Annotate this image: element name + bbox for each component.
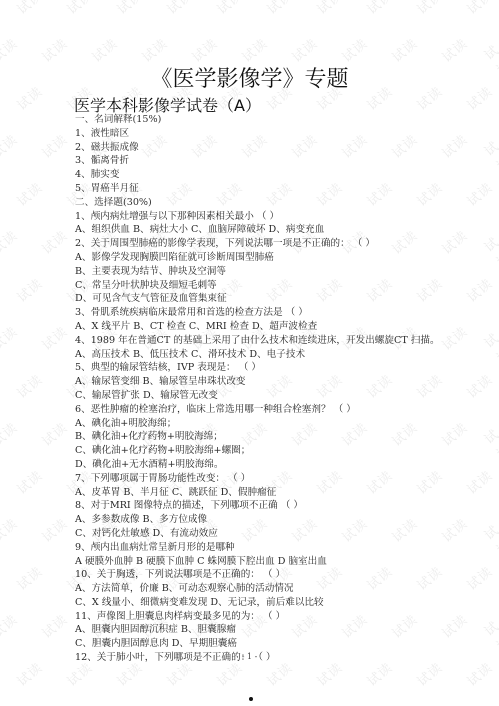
question-line: 9、颅内出血病灶常呈新月形的是哪种 — [75, 541, 475, 555]
section-heading: 一、名词解释(15%) — [75, 113, 475, 127]
option-line: D、碘化油+无水酒精+明胶海绵。 — [75, 458, 475, 472]
option-line: C、胆囊内胆固醇息肉 D、早期胆囊癌 — [75, 637, 475, 651]
question-line: 3、骨肌系统疾病临床最常用和首选的检查方法是 （ ） — [75, 306, 475, 320]
text-line: 4、肺实变 — [75, 168, 475, 182]
question-line: 8、对于MRI 图像特点的描述，下列哪项不正确 （ ） — [75, 499, 475, 513]
question-line: 4、1989 年在普通CT 的基础上采用了由什么技术和连续进床，开发出螺旋CT … — [75, 334, 475, 348]
option-line: D、可见含气支气管征及血管集束征 — [75, 292, 475, 306]
section-heading: 二、选择题(30%) — [75, 196, 475, 210]
text-line: 2、磁共振成像 — [75, 141, 475, 155]
question-line: 10、关于胸透，下列说法哪项是不正确的： （ ） — [75, 568, 475, 582]
question-line: 5、典型的输尿管结核，IVP 表现是： （ ） — [75, 361, 475, 375]
document-title: 《医学影像学》专题 — [0, 62, 499, 93]
text-line: 5、胃癌半月征 — [75, 182, 475, 196]
option-line: A、碘化油+明胶海绵； — [75, 417, 475, 431]
option-line: A、影像学发现胸膜凹陷征就可诊断周围型肺癌 — [75, 251, 475, 265]
option-line: A、组织供血 B、病灶大小 C、血脑屏障破坏 D、病变充血 — [75, 223, 475, 237]
text-line: 3、骺离骨折 — [75, 154, 475, 168]
option-line: C、碘化油+化疗药物+明胶海绵+螺圈； — [75, 444, 475, 458]
option-line: A、皮革胃 B、半月征 C、跳跃征 D、假肿瘤征 — [75, 486, 475, 500]
question-line: 11、声像图上胆囊息肉样病变最多见的为： （ ） — [75, 610, 475, 624]
question-line: 1、颅内病灶增强与以下那种因素相关最小 （ ） — [75, 210, 475, 224]
option-line: B、主要表现为结节、肿块及空洞等 — [75, 265, 475, 279]
question-line: 2、关于周围型肺癌的影像学表现，下列说法哪一项是不正确的： （ ） — [75, 237, 475, 251]
text-line: 1、液性暗区 — [75, 127, 475, 141]
page-number: - 1 - — [0, 652, 499, 661]
question-line: 6、恶性肿瘤的栓塞治疗，临床上常选用哪一种组合栓塞剂？ （ ） — [75, 403, 475, 417]
option-line: A、输尿管变细 B、输尿管呈串珠状改变 — [75, 375, 475, 389]
option-line: A、多参数成像 B、多方位成像 — [75, 513, 475, 527]
option-line: A、方法简单，价廉 B、可动态观察心肺的活动情况 — [75, 582, 475, 596]
option-line: C、对钙化灶敏感 D、有流动效应 — [75, 527, 475, 541]
option-line: A、胆囊内胆固醇沉积症 B、胆囊腺瘤 — [75, 623, 475, 637]
question-line: 7、下列哪项属于胃肠功能性改变： （ ） — [75, 472, 475, 486]
document-page: 《医学影像学》专题 医学本科影像学试卷（A） 一、名词解释(15%) 1、液性暗… — [0, 0, 499, 706]
exam-content: 一、名词解释(15%) 1、液性暗区 2、磁共振成像 3、骺离骨折 4、肺实变 … — [75, 113, 475, 665]
option-line: A、X 线平片 B、CT 检查 C、MRI 检查 D、超声波检查 — [75, 320, 475, 334]
option-line: C、常呈分叶状肿块及细短毛刺等 — [75, 279, 475, 293]
option-line: C、输尿管扩张 D、输尿管无改变 — [75, 389, 475, 403]
page-dot-marker — [249, 697, 253, 701]
option-line: A、高压技术 B、低压技术 C、滑环技术 D、电子技术 — [75, 348, 475, 362]
option-line: B、碘化油+化疗药物+明胶海绵； — [75, 430, 475, 444]
option-line: C、X 线量小、细微病变难发现 D、无记录，前后难以比较 — [75, 596, 475, 610]
option-line: A 硬膜外血肿 B 硬膜下血肿 C 蛛网膜下腔出血 D 脑室出血 — [75, 555, 475, 569]
